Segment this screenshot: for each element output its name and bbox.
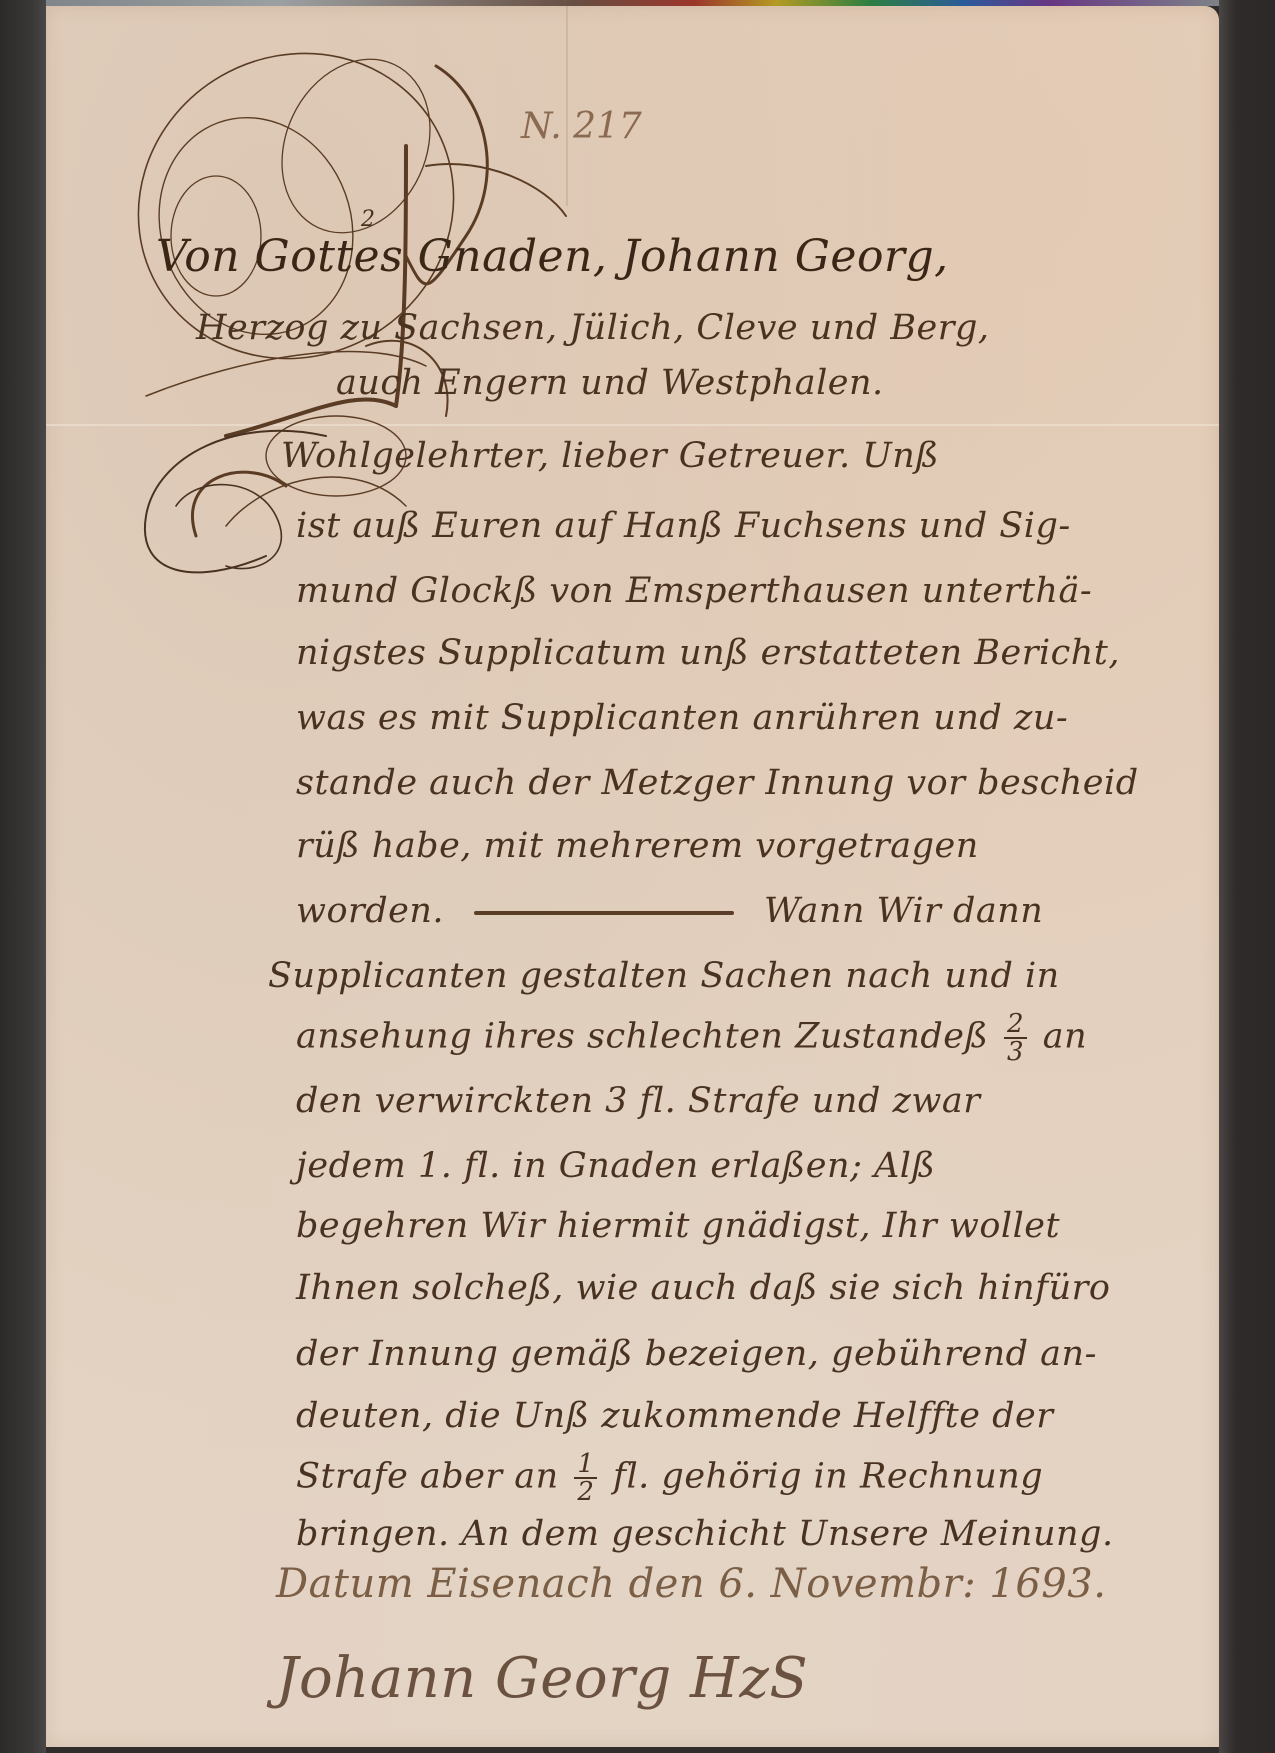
text-line-with-fraction: Strafe aber an 1 2 fl. gehörig in Rechnu… [296,1451,1043,1505]
salutation-initial: 2 [360,207,375,232]
pen-flourish-dash [474,911,734,915]
text-line: Wohlgelehrter, lieber Getreuer. Unß [281,436,939,476]
text-line: Ihnen solcheß, wie auch daß sie sich hin… [296,1268,1110,1308]
text-line: rüß habe, mit mehrerem vorgetragen [296,826,979,866]
date-text: Datum Eisenach den 6. Novembr: 1693. [276,1561,1106,1607]
text-line-with-flourish: worden.Wann Wir dann [296,891,1043,931]
text-line: auch Engern und Westphalen. [336,363,884,403]
signature: Johann Georg HzS [276,1646,808,1711]
text-line: was es mit Supplicanten anrühren und zu- [296,698,1068,738]
text-segment: ansehung ihres schlechten Zustandeß [296,1017,988,1057]
text-segment: Strafe aber an [296,1457,559,1497]
text-segment: an [1043,1017,1087,1057]
text-segment: Wann Wir dann [764,891,1043,931]
text-line: den verwirckten 3 fl. Strafe und zwar [296,1081,980,1121]
text-line: begehren Wir hiermit gnädigst, Ihr wolle… [296,1206,1060,1246]
text-line: stande auch der Metzger Innung vor besch… [296,763,1139,803]
text-line: nigstes Supplicatum unß erstatteten Beri… [296,633,1120,673]
text-line: bringen. An dem geschicht Unsere Meinung… [296,1514,1114,1554]
scanner-frame-left [0,0,46,1753]
date-line: Datum Eisenach den 6. Novembr: 1693. [276,1561,1106,1607]
text-line-with-fraction: ansehung ihres schlechten Zustandeß 2 3 … [296,1011,1087,1065]
document-scan: 2 N. 217 Von Gottes Gnaden, Johann Georg… [0,0,1275,1753]
text-line: der Innung gemäß bezeigen, gebührend an- [296,1334,1097,1374]
fraction-two-thirds: 2 3 [1004,1011,1027,1065]
text-line: ist auß Euren auf Hanß Fuchsens und Sig- [296,506,1071,546]
text-line: jedem 1. fl. in Gnaden erlaßen; Alß [296,1146,935,1186]
text-line: mund Glockß von Emsperthausen unterthä- [296,571,1092,611]
paper-sheet: 2 N. 217 Von Gottes Gnaden, Johann Georg… [46,6,1219,1747]
text-line: Herzog zu Sachsen, Jülich, Cleve und Ber… [196,308,990,348]
text-segment: fl. gehörig in Rechnung [613,1457,1043,1497]
text-line: Supplicanten gestalten Sachen nach und i… [268,956,1060,996]
scanner-frame-right [1219,0,1275,1753]
reference-number: N. 217 [521,106,642,147]
fraction-one-half: 1 2 [574,1451,597,1505]
text-line-title: Von Gottes Gnaden, Johann Georg, [156,231,949,282]
text-line: deuten, die Unß zukommende Helffte der [296,1396,1053,1436]
text-segment: worden. [296,891,444,931]
